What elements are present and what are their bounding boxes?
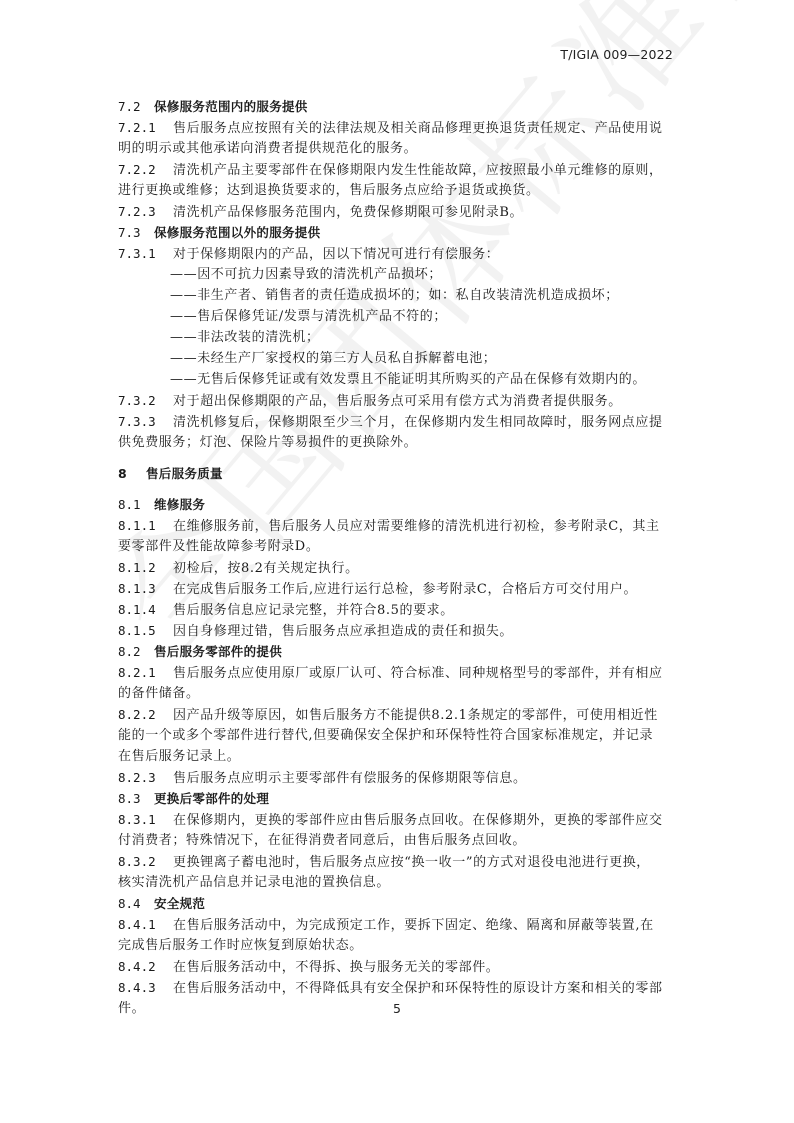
section-title: 保修服务范围以外的服务提供 <box>154 225 320 240</box>
clause-text: 能的一个或多个零部件进行替代,但要确保安全保护和环保特性符合国家标准规定，并记录 <box>118 728 653 743</box>
section-heading: 7.2保修服务范围内的服务提供 <box>118 96 678 117</box>
clause-text: 在售后服务活动中，不得拆、换与服务无关的零部件。 <box>173 960 499 975</box>
clause-line: 7.2.3清洗机产品保修服务范围内，免费保修期限可参见附录B。 <box>118 201 678 222</box>
section-number: 8.3 <box>118 788 154 809</box>
clause-number: 7.2.3 <box>118 201 173 222</box>
clause-line: 8.3.1在保修期内，更换的零部件应由售后服务点回收。在保修期外，更换的零部件应… <box>118 809 678 830</box>
section-number: 8.4 <box>118 893 154 914</box>
section-heading: 8.4安全规范 <box>118 893 678 914</box>
page-number: 5 <box>0 1001 794 1016</box>
clause-line: 8.1.4售后服务信息应记录完整，并符合8.5的要求。 <box>118 599 678 620</box>
chapter-heading: 8售后服务质量 <box>118 463 678 484</box>
clause-line: 7.2.1售后服务点应按照有关的法律法规及相关商品修理更换退货责任规定、产品使用… <box>118 117 678 138</box>
clause-line: 在售后服务记录上。 <box>118 746 678 767</box>
clause-line: 8.4.1在售后服务活动中，为完成预定工作，要拆下固定、绝缘、隔离和屏蔽等装置,… <box>118 914 678 935</box>
list-item-text: ——售后保修凭证/发票与清洗机产品不符的； <box>170 309 447 324</box>
clause-line: 的备件储备。 <box>118 683 678 704</box>
clause-line: 进行更换或维修；达到退换货要求的，售后服务点应给予退货或换货。 <box>118 180 678 201</box>
list-item-text: ——非生产者、销售者的责任造成损坏的；如：私自改装清洗机造成损坏； <box>170 288 619 303</box>
list-item-text: ——无售后保修凭证或有效发票且不能证明其所购买的产品在保修有效期内的。 <box>170 372 646 387</box>
clause-number: 7.3.1 <box>118 243 173 264</box>
list-item: ——未经生产厂家授权的第三方人员私自拆解蓄电池； <box>118 348 678 369</box>
clause-text: 在完成售后服务工作后,应进行运行总检，参考附录C，合格后方可交付用户。 <box>173 582 637 597</box>
list-item-text: ——未经生产厂家授权的第三方人员私自拆解蓄电池； <box>170 351 496 366</box>
chapter-title: 售后服务质量 <box>146 466 223 481</box>
section-number: 7.3 <box>118 222 154 243</box>
clause-number: 7.3.2 <box>118 390 173 411</box>
clause-text: 供免费服务；灯泡、保险片等易损件的更换除外。 <box>118 435 417 450</box>
clause-number: 8.4.2 <box>118 956 173 977</box>
clause-text: 初检后，按8.2有关规定执行。 <box>173 561 359 576</box>
list-item: ——非生产者、销售者的责任造成损坏的；如：私自改装清洗机造成损坏； <box>118 285 678 306</box>
clause-line: 8.1.2初检后，按8.2有关规定执行。 <box>118 557 678 578</box>
list-item: ——售后保修凭证/发票与清洗机产品不符的； <box>118 306 678 327</box>
clause-text: 因自身修理过错，售后服务点应承担造成的责任和损失。 <box>173 624 513 639</box>
document-standard-id: T/IGIA 009—2022 <box>560 47 673 62</box>
clause-number: 7.2.1 <box>118 117 173 138</box>
clause-line: 能的一个或多个零部件进行替代,但要确保安全保护和环保特性符合国家标准规定，并记录 <box>118 725 678 746</box>
clause-text: 售后服务点应明示主要零部件有偿服务的保修期限等信息。 <box>173 771 527 786</box>
clause-text: 对于超出保修期限的产品，售后服务点可采用有偿方式为消费者提供服务。 <box>173 394 622 409</box>
clause-line: 8.1.1在维修服务前，售后服务人员应对需要维修的清洗机进行初检，参考附录C，其… <box>118 515 678 536</box>
clause-line: 8.1.5因自身修理过错，售后服务点应承担造成的责任和损失。 <box>118 620 678 641</box>
clause-text: 清洗机修复后，保修期限至少三个月，在保修期内发生相同故障时，服务网点应提 <box>173 415 663 430</box>
spacer <box>118 453 678 463</box>
clause-number: 7.2.2 <box>118 159 173 180</box>
clause-text: 售后服务点应使用原厂或原厂认可、符合标准、同种规格型号的零部件，并有相应 <box>173 666 663 681</box>
clause-text: 核实清洗机产品信息并记录电池的置换信息。 <box>118 875 390 890</box>
section-title: 更换后零部件的处理 <box>154 791 269 806</box>
section-heading: 8.2售后服务零部件的提供 <box>118 641 678 662</box>
document-body: 7.2保修服务范围内的服务提供7.2.1售后服务点应按照有关的法律法规及相关商品… <box>118 96 678 1019</box>
clause-text: 明的明示或其他承诺向消费者提供规范化的服务。 <box>118 141 417 156</box>
clause-text: 在售后服务活动中，为完成预定工作，要拆下固定、绝缘、隔离和屏蔽等装置,在 <box>173 918 654 933</box>
clause-number: 8.3.1 <box>118 809 173 830</box>
section-number: 8.2 <box>118 641 154 662</box>
section-heading: 7.3保修服务范围以外的服务提供 <box>118 222 678 243</box>
clause-line: 8.2.1售后服务点应使用原厂或原厂认可、符合标准、同种规格型号的零部件，并有相… <box>118 662 678 683</box>
clause-text: 因产品升级等原因，如售后服务方不能提供8.2.1条规定的零部件，可使用相近性 <box>173 708 658 723</box>
clause-number: 8.2.1 <box>118 662 173 683</box>
clause-text: 清洗机产品主要零部件在保修期限内发生性能故障，应按照最小单元维修的原则， <box>173 163 663 178</box>
section-heading: 8.3更换后零部件的处理 <box>118 788 678 809</box>
clause-text: 清洗机产品保修服务范围内，免费保修期限可参见附录B。 <box>173 205 523 220</box>
clause-text: 的备件储备。 <box>118 686 200 701</box>
clause-text: 付消费者；特殊情况下，在征得消费者同意后，由售后服务点回收。 <box>118 833 526 848</box>
list-item: ——因不可抗力因素导致的清洗机产品损坏； <box>118 264 678 285</box>
section-number: 8.1 <box>118 494 154 515</box>
clause-line: 供免费服务；灯泡、保险片等易损件的更换除外。 <box>118 432 678 453</box>
spacer <box>118 484 678 494</box>
clause-number: 8.2.2 <box>118 704 173 725</box>
list-item-text: ——因不可抗力因素导致的清洗机产品损坏； <box>170 267 442 282</box>
clause-number: 8.1.4 <box>118 599 173 620</box>
clause-line: 8.4.3在售后服务活动中，不得降低具有安全保护和环保特性的原设计方案和相关的零… <box>118 977 678 998</box>
clause-number: 8.1.2 <box>118 557 173 578</box>
clause-number: 8.3.2 <box>118 851 173 872</box>
clause-line: 8.3.2更换锂离子蓄电池时，售后服务点应按“换一收一”的方式对退役电池进行更换… <box>118 851 678 872</box>
section-title: 售后服务零部件的提供 <box>154 644 282 659</box>
clause-number: 8.1.3 <box>118 578 173 599</box>
clause-number: 8.1.1 <box>118 515 173 536</box>
clause-text: 在保修期内，更换的零部件应由售后服务点回收。在保修期外，更换的零部件应交 <box>173 813 663 828</box>
clause-line: 8.2.2因产品升级等原因，如售后服务方不能提供8.2.1条规定的零部件，可使用… <box>118 704 678 725</box>
clause-text: 在售后服务活动中，不得降低具有安全保护和环保特性的原设计方案和相关的零部 <box>173 981 663 996</box>
section-title: 维修服务 <box>154 497 205 512</box>
clause-line: 要零部件及性能故障参考附录D。 <box>118 536 678 557</box>
clause-text: 对于保修期限内的产品，因以下情况可进行有偿服务： <box>173 247 499 262</box>
list-item: ——非法改装的清洗机； <box>118 327 678 348</box>
clause-line: 付消费者；特殊情况下，在征得消费者同意后，由售后服务点回收。 <box>118 830 678 851</box>
clause-line: 7.3.3清洗机修复后，保修期限至少三个月，在保修期内发生相同故障时，服务网点应… <box>118 411 678 432</box>
clause-text: 在维修服务前，售后服务人员应对需要维修的清洗机进行初检，参考附录C，其主 <box>173 519 660 534</box>
clause-number: 8.1.5 <box>118 620 173 641</box>
clause-number: 7.3.3 <box>118 411 173 432</box>
clause-text: 售后服务点应按照有关的法律法规及相关商品修理更换退货责任规定、产品使用说 <box>173 121 663 136</box>
section-title: 保修服务范围内的服务提供 <box>154 99 308 114</box>
clause-line: 7.2.2清洗机产品主要零部件在保修期限内发生性能故障，应按照最小单元维修的原则… <box>118 159 678 180</box>
clause-line: 8.2.3售后服务点应明示主要零部件有偿服务的保修期限等信息。 <box>118 767 678 788</box>
clause-line: 完成售后服务工作时应恢复到原始状态。 <box>118 935 678 956</box>
section-number: 7.2 <box>118 96 154 117</box>
clause-text: 更换锂离子蓄电池时，售后服务点应按“换一收一”的方式对退役电池进行更换， <box>173 855 650 870</box>
clause-line: 7.3.1对于保修期限内的产品，因以下情况可进行有偿服务： <box>118 243 678 264</box>
list-item: ——无售后保修凭证或有效发票且不能证明其所购买的产品在保修有效期内的。 <box>118 369 678 390</box>
clause-number: 8.2.3 <box>118 767 173 788</box>
clause-text: 进行更换或维修；达到退换货要求的，售后服务点应给予退货或换货。 <box>118 183 540 198</box>
clause-line: 核实清洗机产品信息并记录电池的置换信息。 <box>118 872 678 893</box>
clause-number: 8.4.1 <box>118 914 173 935</box>
section-title: 安全规范 <box>154 896 205 911</box>
clause-text: 完成售后服务工作时应恢复到原始状态。 <box>118 938 363 953</box>
list-item-text: ——非法改装的清洗机； <box>170 330 320 345</box>
section-heading: 8.1维修服务 <box>118 494 678 515</box>
clause-text: 售后服务信息应记录完整，并符合8.5的要求。 <box>173 603 454 618</box>
clause-line: 8.1.3在完成售后服务工作后,应进行运行总检，参考附录C，合格后方可交付用户。 <box>118 578 678 599</box>
clause-text: 在售后服务记录上。 <box>118 749 240 764</box>
chapter-number: 8 <box>118 463 146 484</box>
clause-number: 8.4.3 <box>118 977 173 998</box>
clause-line: 明的明示或其他承诺向消费者提供规范化的服务。 <box>118 138 678 159</box>
clause-text: 要零部件及性能故障参考附录D。 <box>118 539 319 554</box>
clause-line: 7.3.2对于超出保修期限的产品，售后服务点可采用有偿方式为消费者提供服务。 <box>118 390 678 411</box>
clause-line: 8.4.2在售后服务活动中，不得拆、换与服务无关的零部件。 <box>118 956 678 977</box>
